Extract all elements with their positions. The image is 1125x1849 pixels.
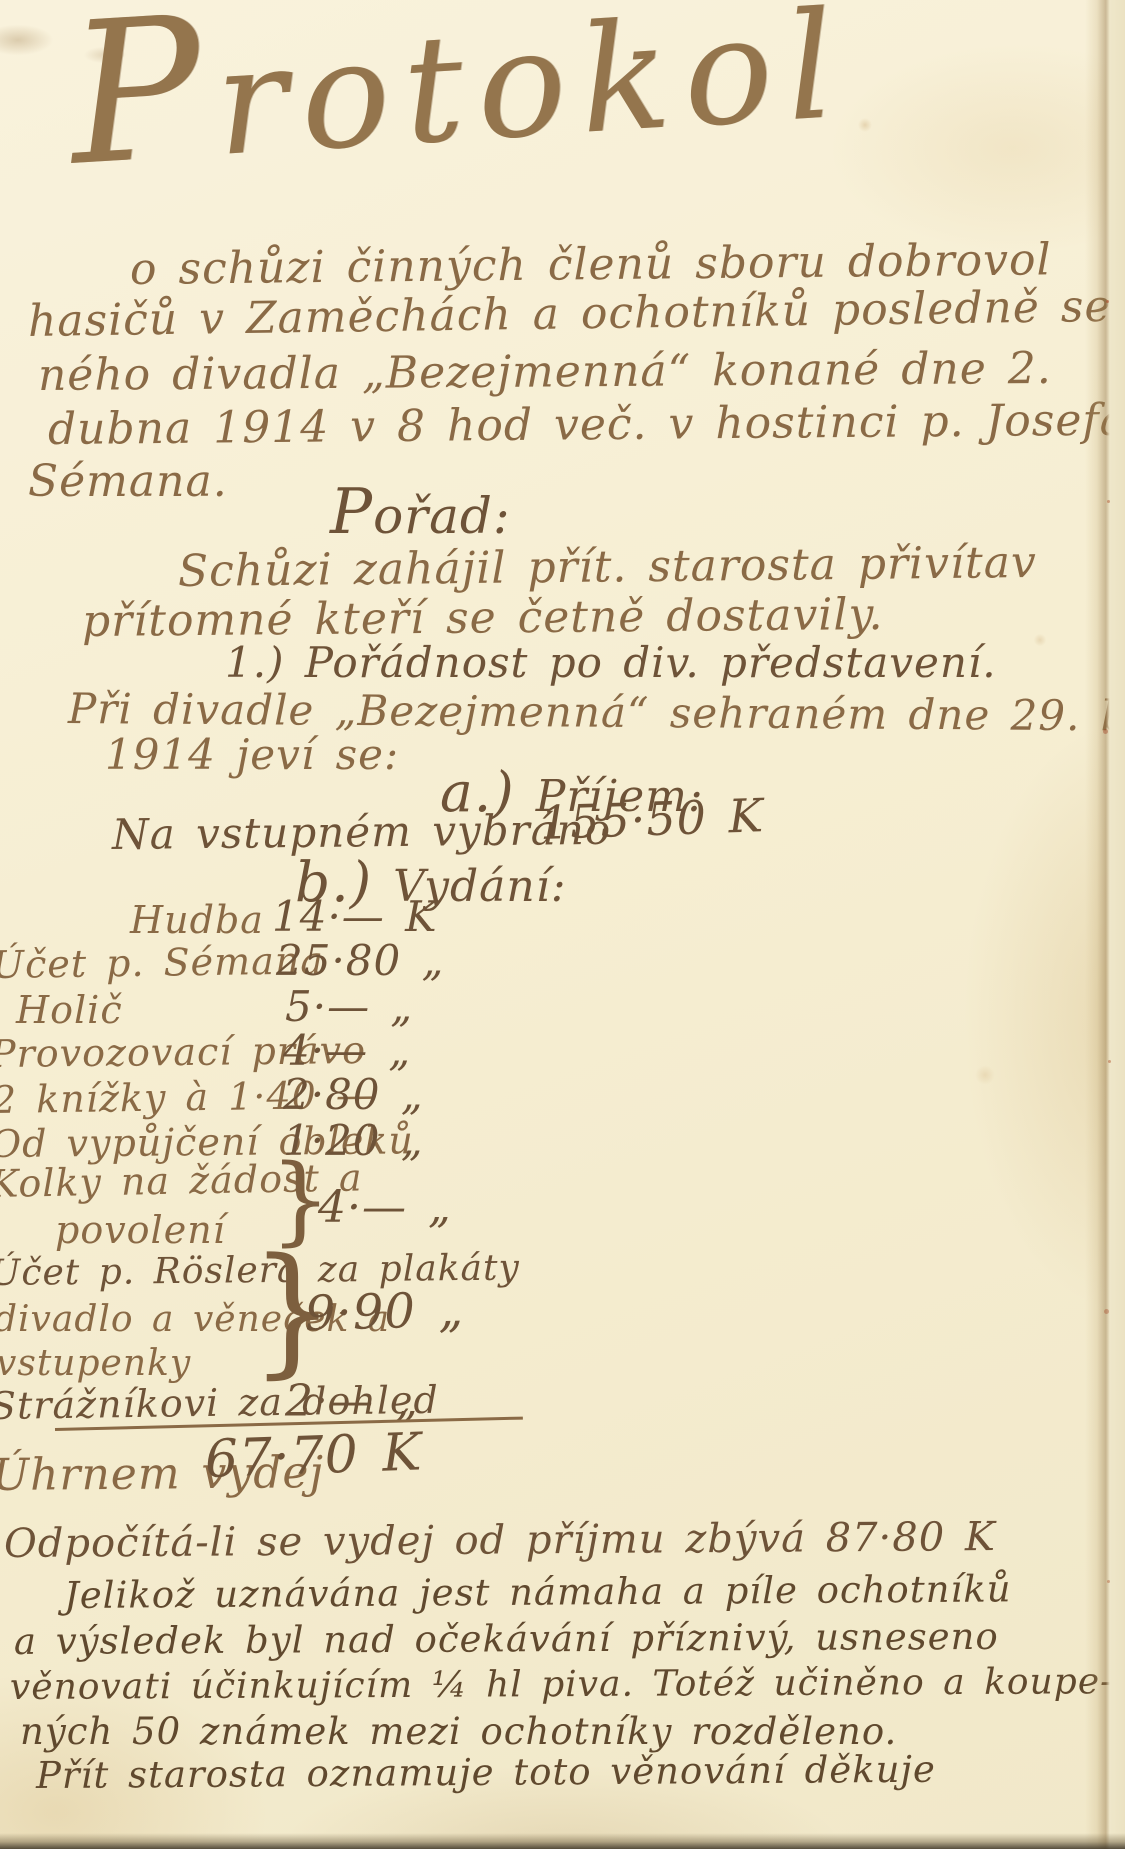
expense-amount: 25·80 „	[276, 938, 444, 984]
document-title: Protokol	[63, 0, 853, 205]
balance-line: Odpočítá-li se vydej od příjmu zbývá 87·…	[4, 1515, 996, 1566]
intro-line-4: dubna 1914 v 8 hod več. v hostinci p. Jo…	[48, 397, 1125, 455]
expense-amount: 2·80 „	[283, 1072, 424, 1118]
expense-label: vstupenky	[0, 1344, 191, 1384]
expense-amount: 4·— „	[283, 1028, 411, 1074]
agenda-item-1-line-2: 1914 jeví se:	[105, 732, 399, 778]
closing-line-5: Přít starosta oznamuje toto věnování děk…	[36, 1750, 936, 1797]
expense-label: Holič	[16, 990, 123, 1032]
closing-line-2: a výsledek byl nad očekávání příznivý, u…	[14, 1617, 999, 1663]
agenda-item-1-heading: 1.) Pořádnost po div. představení.	[225, 640, 997, 686]
page-bottom-shadow	[0, 1833, 1125, 1849]
expense-label: povolení	[55, 1210, 226, 1252]
expense-amount: 4·— „	[318, 1184, 452, 1232]
expense-amount: 5·— „	[285, 984, 413, 1030]
intro-line-3: ného divadla „Bezejmenná“ konané dne 2.	[38, 345, 1052, 400]
intro-line-5: Sémana.	[28, 458, 228, 506]
closing-line-1: Jelikož uznávána jest námaha a píle ocho…	[64, 1569, 1012, 1616]
agenda-heading: Pořad:	[330, 478, 511, 547]
expense-amount: 9·90 „	[304, 1284, 464, 1341]
page-edge	[1085, 0, 1125, 1849]
closing-line-4: ných 50 známek mezi ochotníky rozděleno.	[20, 1712, 897, 1753]
closing-line-3: věnovati účinkujícím ¼ hl piva. Totéž uč…	[10, 1662, 1113, 1707]
expense-amount: 14·— K	[272, 894, 438, 940]
opening-line-1: Schůzi zahájil přít. starosta přivítav	[178, 539, 1037, 596]
manuscript-scan: Protokol o schůzi činných členů sboru do…	[0, 0, 1125, 1849]
total-amount: 67·70 K	[204, 1424, 423, 1489]
page-edge-specks	[1106, 300, 1109, 303]
income-amount: 155·50 K	[539, 790, 765, 848]
expense-label: Hudba	[130, 900, 264, 942]
